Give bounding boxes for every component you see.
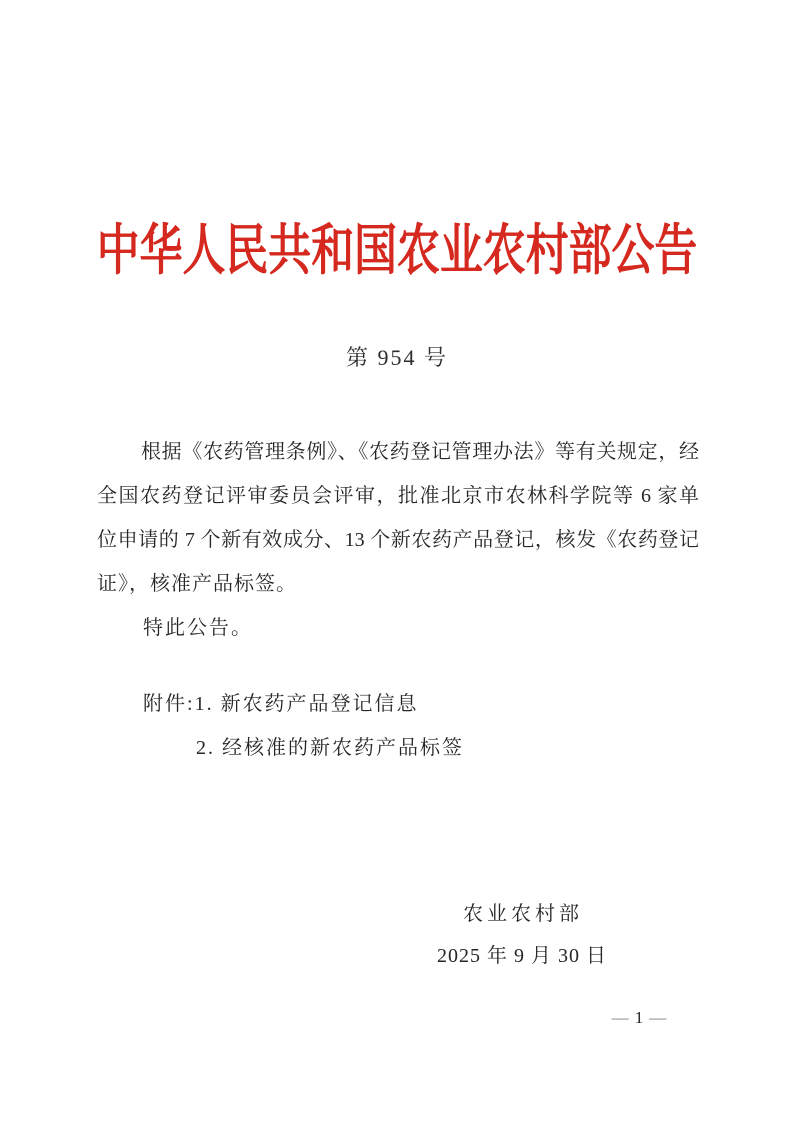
attachments-section: 附件:1. 新农药产品登记信息 2. 经核准的新农药产品标签 xyxy=(143,682,464,770)
page-number-dash-left: — xyxy=(606,1008,635,1027)
issue-number: 第 954 号 xyxy=(0,341,794,372)
body-line-2: 全国农药登记评审委员会评审，批准北京市农林科学院等 6 家单 xyxy=(97,474,699,518)
attachment-item-1: 1. 新农药产品登记信息 xyxy=(195,693,419,715)
page-number-dash-right: — xyxy=(643,1008,672,1027)
page-title: 中华人民共和国农业农村部公告 xyxy=(87,206,706,285)
signature-agency: 农业农村部 xyxy=(463,897,583,926)
body-paragraph: 根据《农药管理条例》、《农药登记管理办法》等有关规定，经 全国农药登记评审委员会… xyxy=(97,430,699,650)
closing-line: 特此公告。 xyxy=(97,606,699,650)
body-line-4: 证》，核准产品标签。 xyxy=(97,562,699,606)
attachments-label: 附件: xyxy=(143,693,195,715)
page-number: —1— xyxy=(606,1008,673,1028)
body-line-1: 根据《农药管理条例》、《农药登记管理办法》等有关规定，经 xyxy=(97,430,699,474)
attachment-item-2: 2. 经核准的新农药产品标签 xyxy=(196,726,464,770)
signature-date: 2025 年 9 月 30 日 xyxy=(437,939,607,968)
body-line-3: 位申请的 7 个新有效成分、13 个新农药产品登记，核发《农药登记 xyxy=(97,518,699,562)
attachment-row-1: 附件:1. 新农药产品登记信息 xyxy=(143,682,464,726)
page-number-value: 1 xyxy=(635,1008,644,1027)
announcement-page: 中华人民共和国农业农村部公告 第 954 号 根据《农药管理条例》、《农药登记管… xyxy=(0,0,794,1123)
